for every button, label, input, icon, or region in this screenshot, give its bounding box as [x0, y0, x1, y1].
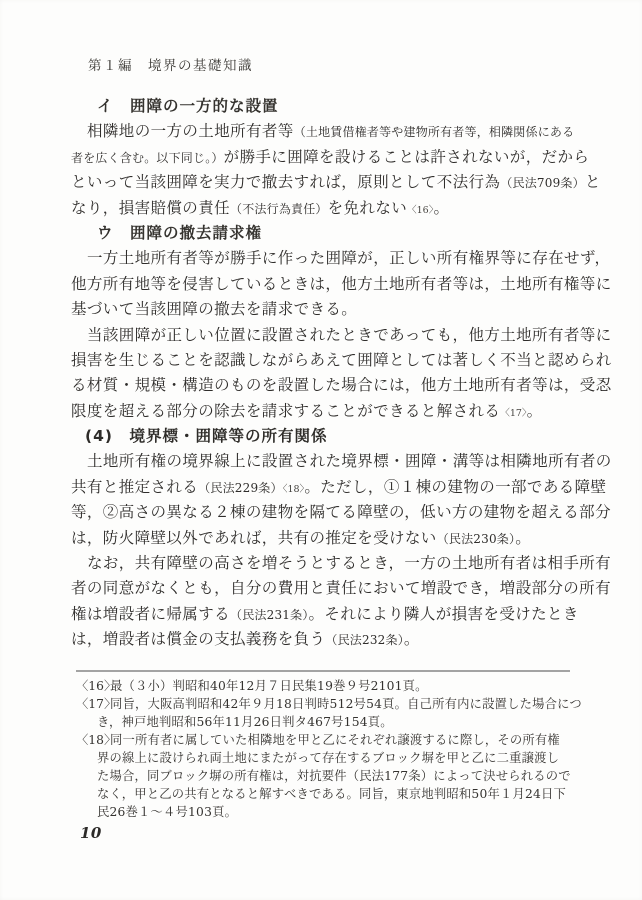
text-segment: （不法行為責任）: [230, 202, 328, 216]
body-text-line: 共有と推定される（民法229条）〈18〉。ただし，①１棟の建物の一部である障壁: [71, 474, 576, 499]
text-segment: 相隣地の一方の土地所有者等: [87, 122, 294, 140]
text-segment: を免れない: [328, 199, 408, 217]
text-segment: 当該囲障が正しい位置に設置されたときであっても，他方土地所有者等に: [87, 326, 612, 344]
footnote-number: 〈17〉: [76, 695, 110, 713]
footnote-divider-rule: [76, 670, 570, 672]
footnote-reference: 〈18〉: [283, 484, 305, 495]
text-segment: 等，②高さの異なる２棟の建物を隔てる障壁の，低い方の建物を超える部分: [71, 503, 611, 521]
footnote-text: き，神戸地判昭和56年11月26日判タ467号154頁。: [97, 715, 393, 729]
body-text-line: 土地所有権の境界線上に設置された境界標・囲障・溝等は相隣地所有者の: [71, 448, 576, 473]
text-segment: は，増設者は償金の支払義務を負う: [71, 630, 325, 648]
footnote-text: 同旨，大阪高判昭和42年９月18日判時512号54頁。自己所有内に設置した場合に…: [110, 697, 582, 711]
text-segment: （土地賃借権者等や建物所有者等，相隣関係にある: [294, 125, 575, 139]
body-text-line: 者を広く含む。以下同じ。）が勝手に囲障を設けることは許されないが，だから: [71, 144, 576, 169]
text-segment: (4) 境界標・囲障等の所有関係: [85, 427, 327, 445]
body-text-line: 権は増設者に帰属する（民法231条）。それにより隣人が損害を受けたとき: [71, 601, 576, 626]
body-text-line: る材質・規模・構造のものを設置した場合には，他方土地所有者等は，受忍: [71, 372, 576, 397]
main-text-block: イ 囲障の一方的な設置相隣地の一方の土地所有者等（土地賃借権者等や建物所有者等，…: [71, 93, 576, 652]
footnote-line: た場合，同ブロック塀の所有権は，対抗要件（民法177条）によって決せられるので: [76, 767, 576, 785]
text-segment: （民法231条）: [230, 608, 309, 622]
footnote-line: なく，甲と乙の共有となると解すべきである。同旨，東京地判昭和50年１月24日下: [76, 785, 576, 803]
text-segment: ウ 囲障の撤去請求権: [97, 224, 262, 242]
footnote-number: 〈16〉: [76, 677, 110, 695]
body-text-line: は，防火障壁以外であれば，共有の推定を受けない（民法230条）。: [71, 525, 576, 550]
text-segment: といって当該囲障を実力で撤去すれば，原則として不法行為: [71, 173, 500, 191]
footnote-reference: 〈16〉: [407, 205, 433, 216]
body-text-line: 相隣地の一方の土地所有者等（土地賃借権者等や建物所有者等，相隣関係にある: [71, 118, 576, 143]
page-number: 10: [80, 824, 102, 842]
footnote-line: き，神戸地判昭和56年11月26日判タ467号154頁。: [76, 713, 576, 731]
body-text-line: イ 囲障の一方的な設置: [71, 93, 576, 118]
text-segment: 他方所有地等を侵害しているときは，他方土地所有者等は，土地所有権等に: [71, 275, 612, 293]
book-page: 第１編 境界の基礎知識 イ 囲障の一方的な設置相隣地の一方の土地所有者等（土地賃…: [0, 0, 642, 900]
text-segment: 。: [515, 529, 531, 547]
body-text-line: ウ 囲障の撤去請求権: [71, 220, 576, 245]
text-segment: （民法229条）: [198, 481, 283, 495]
footnote-line: 〈18〉同一所有者に属していた相隣地を甲と乙にそれぞれ譲渡するに際し，その所有権: [76, 731, 576, 749]
text-segment: イ 囲障の一方的な設置: [97, 97, 279, 115]
text-segment: 。それにより隣人が損害を受けたとき: [309, 605, 579, 623]
footnote-text: 民26巻１〜４号103頁。: [97, 805, 237, 819]
text-segment: （民法709条）: [500, 176, 585, 190]
text-segment: 者を広く含む。以下同じ。）: [71, 151, 224, 165]
footnote-line: 〈17〉同旨，大阪高判昭和42年９月18日判時512号54頁。自己所有内に設置し…: [76, 695, 576, 713]
footnote-text: た場合，同ブロック塀の所有権は，対抗要件（民法177条）によって決せられるので: [97, 769, 571, 783]
text-segment: 共有と推定される: [71, 478, 198, 496]
text-segment: 。ただし，①１棟の建物の一部である障壁: [304, 478, 606, 496]
text-segment: 。: [433, 199, 449, 217]
body-text-line: なお，共有障壁の高さを増そうとするとき，一方の土地所有者は相手所有: [71, 550, 576, 575]
footnote-block: 〈16〉最（３小）判昭和40年12月７日民集19巻９号2101頁。〈17〉同旨，…: [76, 677, 576, 821]
text-segment: は，防火障壁以外であれば，共有の推定を受けない: [71, 529, 437, 547]
footnote-number: 〈18〉: [76, 731, 110, 749]
footnote-text: 同一所有者に属していた相隣地を甲と乙にそれぞれ譲渡するに際し，その所有権: [110, 733, 560, 747]
footnote-text: 界の線上に設けられ両土地にまたがって存在するブロック塀を甲と乙に二重譲渡し: [97, 751, 559, 765]
text-segment: なり，損害賠償の責任: [71, 199, 230, 217]
text-segment: 基づいて当該囲障の撤去を請求できる。: [71, 300, 357, 318]
body-text-line: 等，②高さの異なる２棟の建物を隔てる障壁の，低い方の建物を超える部分: [71, 499, 576, 524]
text-segment: 。: [527, 402, 543, 420]
text-segment: 権は増設者に帰属する: [71, 605, 230, 623]
text-segment: なお，共有障壁の高さを増そうとするとき，一方の土地所有者は相手所有: [87, 554, 611, 572]
body-text-line: (4) 境界標・囲障等の所有関係: [71, 423, 576, 448]
footnote-text: なく，甲と乙の共有となると解すべきである。同旨，東京地判昭和50年１月24日下: [97, 787, 566, 801]
body-text-line: 当該囲障が正しい位置に設置されたときであっても，他方土地所有者等に: [71, 322, 576, 347]
footnote-line: 界の線上に設けられ両土地にまたがって存在するブロック塀を甲と乙に二重譲渡し: [76, 749, 576, 767]
text-segment: （民法230条）: [437, 532, 516, 546]
text-segment: 損害を生じることを認識しながらあえて囲障としては著しく不当と認められ: [71, 351, 612, 369]
footnote-line: 民26巻１〜４号103頁。: [76, 803, 576, 821]
body-text-line: は，増設者は償金の支払義務を負う（民法232条）。: [71, 626, 576, 651]
body-text-line: といって当該囲障を実力で撤去すれば，原則として不法行為（民法709条）と: [71, 169, 576, 194]
footnote-line: 〈16〉最（３小）判昭和40年12月７日民集19巻９号2101頁。: [76, 677, 576, 695]
text-segment: と: [585, 173, 601, 191]
body-text-line: 基づいて当該囲障の撤去を請求できる。: [71, 296, 576, 321]
text-segment: る材質・規模・構造のものを設置した場合には，他方土地所有者等は，受忍: [71, 376, 612, 394]
text-segment: 者の同意がなくとも，自分の費用と責任において増設でき，増設部分の所有: [71, 579, 611, 597]
body-text-line: 他方所有地等を侵害しているときは，他方土地所有者等は，土地所有権等に: [71, 271, 576, 296]
body-text-line: 一方土地所有者等が勝手に作った囲障が，正しい所有権界等に存在せず，: [71, 245, 576, 270]
text-segment: 一方土地所有者等が勝手に作った囲障が，正しい所有権界等に存在せず，: [87, 249, 610, 267]
text-segment: 土地所有権の境界線上に設置された境界標・囲障・溝等は相隣地所有者の: [87, 452, 612, 470]
text-segment: 限度を超える部分の除去を請求することができると解される: [71, 402, 500, 420]
body-text-line: 損害を生じることを認識しながらあえて囲障としては著しく不当と認められ: [71, 347, 576, 372]
text-segment: 。: [404, 630, 420, 648]
footnote-reference: 〈17〉: [500, 408, 526, 419]
body-text-line: 者の同意がなくとも，自分の費用と責任において増設でき，増設部分の所有: [71, 575, 576, 600]
body-text-line: なり，損害賠償の責任（不法行為責任）を免れない〈16〉。: [71, 195, 576, 220]
text-segment: が勝手に囲障を設けることは許されないが，だから: [224, 148, 590, 166]
text-segment: （民法232条）: [325, 633, 404, 647]
running-header: 第１編 境界の基礎知識: [88, 54, 253, 74]
footnote-text: 最（３小）判昭和40年12月７日民集19巻９号2101頁。: [110, 679, 428, 693]
body-text-line: 限度を超える部分の除去を請求することができると解される〈17〉。: [71, 398, 576, 423]
